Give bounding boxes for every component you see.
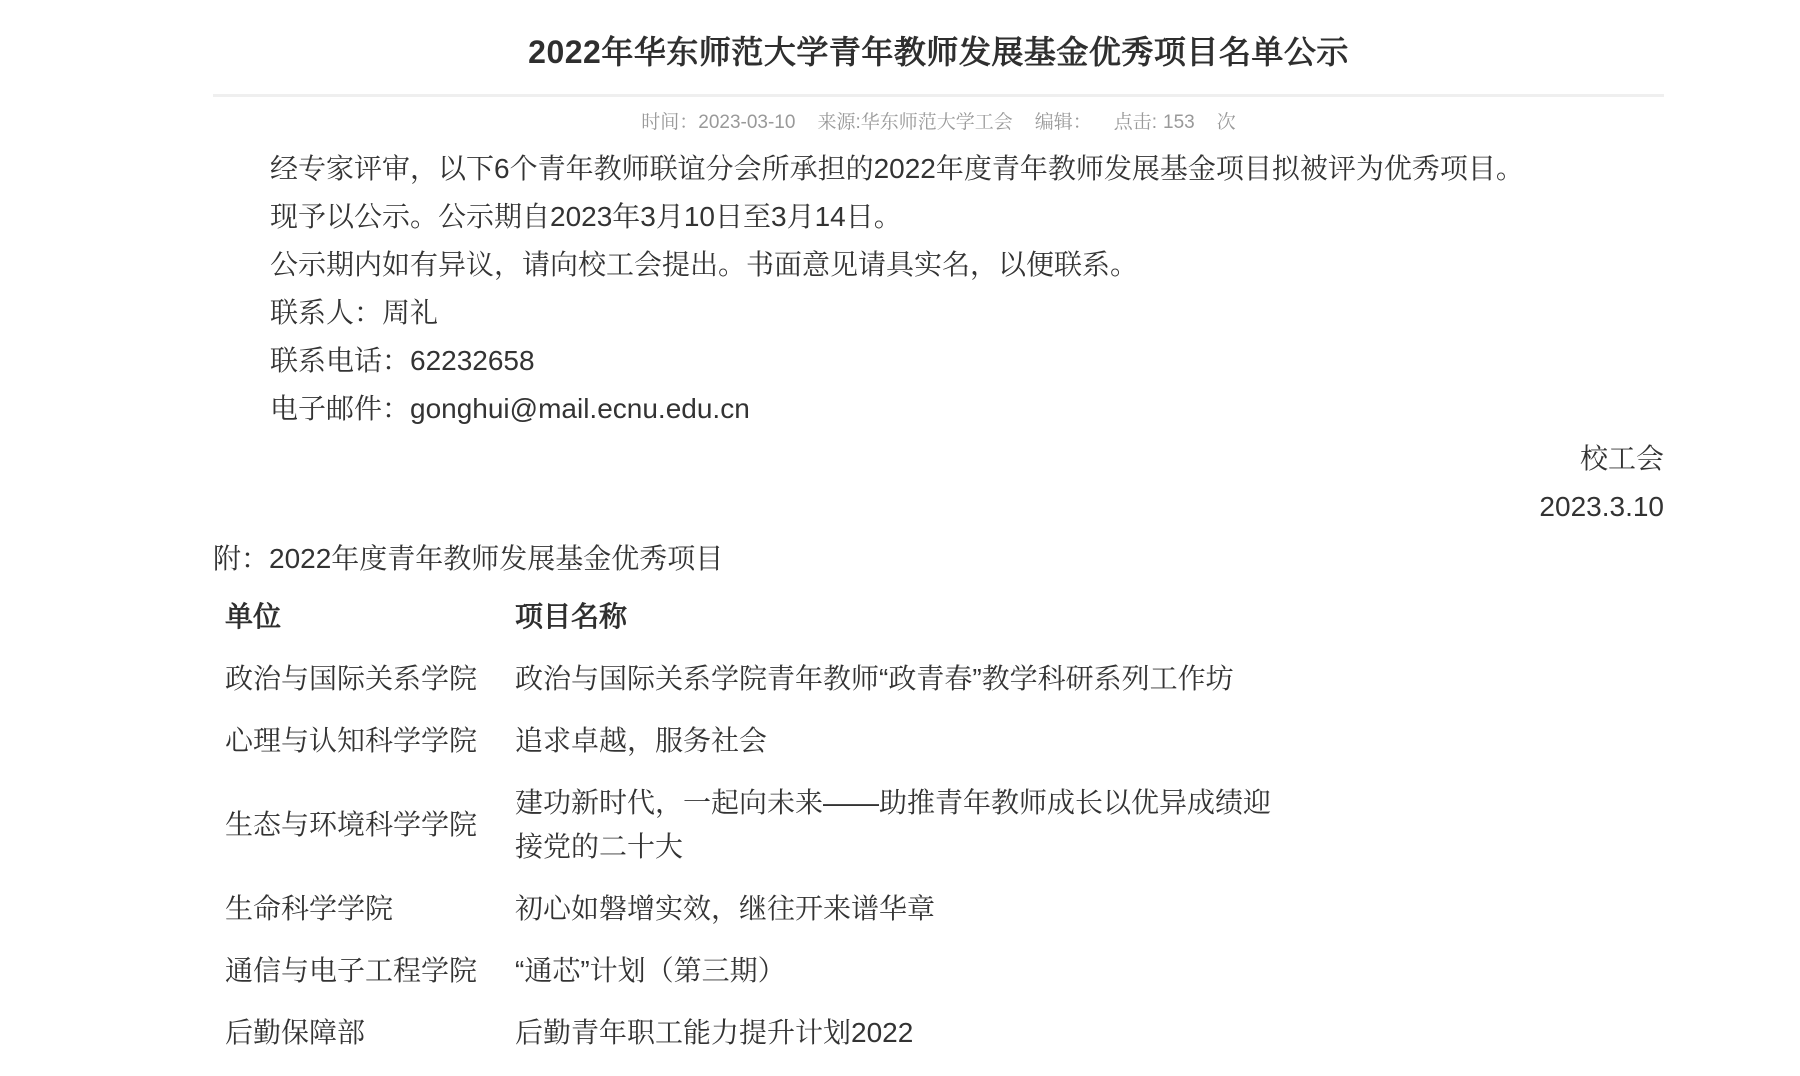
meta-time-label: 时间：	[641, 112, 698, 133]
page-title: 2022年华东师范大学青年教师发展基金优秀项目名单公示	[213, 28, 1664, 76]
paragraph-publicity-period: 现予以公示。公示期自2023年3月10日至3月14日。	[270, 193, 1664, 241]
title-divider	[213, 94, 1664, 97]
projects-table: 单位 项目名称 政治与国际关系学院 政治与国际关系学院青年教师“政青春”教学科研…	[225, 586, 1275, 1064]
table-row: 政治与国际关系学院 政治与国际关系学院青年教师“政青春”教学科研系列工作坊	[225, 648, 1275, 710]
signature-date: 2023.3.10	[213, 483, 1664, 531]
meta-source-label: 来源:	[817, 112, 860, 133]
unit-cell: 政治与国际关系学院	[225, 648, 515, 710]
project-cell: 建功新时代，一起向未来——助推青年教师成长以优异成绩迎接党的二十大	[515, 772, 1275, 878]
unit-cell: 通信与电子工程学院	[225, 940, 515, 1002]
meta-bar: 时间：2023-03-10来源:华东师范大学工会编辑：点击:153次	[213, 110, 1664, 136]
signature-org: 校工会	[213, 435, 1664, 483]
unit-cell: 生命科学学院	[225, 878, 515, 940]
announcement-page: 2022年华东师范大学青年教师发展基金优秀项目名单公示 时间：2023-03-1…	[213, 28, 1664, 1064]
article-body: 经专家评审，以下6个青年教师联谊分会所承担的2022年度青年教师发展基金项目拟被…	[213, 145, 1664, 433]
contact-person-line: 联系人：周礼	[270, 289, 1664, 337]
table-row: 后勤保障部 后勤青年职工能力提升计划2022	[225, 1002, 1275, 1064]
column-header-unit: 单位	[225, 586, 515, 648]
project-cell: 后勤青年职工能力提升计划2022	[515, 1002, 1275, 1064]
project-cell: 追求卓越，服务社会	[515, 710, 1275, 772]
contact-phone-line: 联系电话：62232658	[270, 337, 1664, 385]
meta-clicks-label: 点击:	[1114, 112, 1157, 133]
meta-clicks-value: 153	[1163, 112, 1195, 133]
meta-editor-label: 编辑：	[1035, 112, 1092, 133]
table-header-row: 单位 项目名称	[225, 586, 1275, 648]
project-cell: 初心如磐增实效，继往开来谱华章	[515, 878, 1275, 940]
unit-cell: 心理与认知科学学院	[225, 710, 515, 772]
attachment-note: 附：2022年度青年教师发展基金优秀项目	[213, 535, 1664, 583]
paragraph-intro: 经专家评审，以下6个青年教师联谊分会所承担的2022年度青年教师发展基金项目拟被…	[270, 145, 1664, 193]
meta-source-value: 华东师范大学工会	[861, 112, 1013, 133]
meta-time-value: 2023-03-10	[698, 112, 795, 133]
unit-cell: 后勤保障部	[225, 1002, 515, 1064]
project-cell: 政治与国际关系学院青年教师“政青春”教学科研系列工作坊	[515, 648, 1275, 710]
contact-email-line: 电子邮件：gonghui@mail.ecnu.edu.cn	[270, 385, 1664, 433]
table-row: 生态与环境科学学院 建功新时代，一起向未来——助推青年教师成长以优异成绩迎接党的…	[225, 772, 1275, 878]
column-header-project: 项目名称	[515, 586, 1275, 648]
unit-cell: 生态与环境科学学院	[225, 772, 515, 878]
paragraph-objection: 公示期内如有异议，请向校工会提出。书面意见请具实名，以便联系。	[270, 241, 1664, 289]
project-cell: “通芯”计划（第三期）	[515, 940, 1275, 1002]
table-row: 生命科学学院 初心如磐增实效，继往开来谱华章	[225, 878, 1275, 940]
table-row: 心理与认知科学学院 追求卓越，服务社会	[225, 710, 1275, 772]
signature-block: 校工会 2023.3.10	[213, 435, 1664, 531]
table-row: 通信与电子工程学院 “通芯”计划（第三期）	[225, 940, 1275, 1002]
meta-clicks-unit: 次	[1217, 112, 1236, 133]
